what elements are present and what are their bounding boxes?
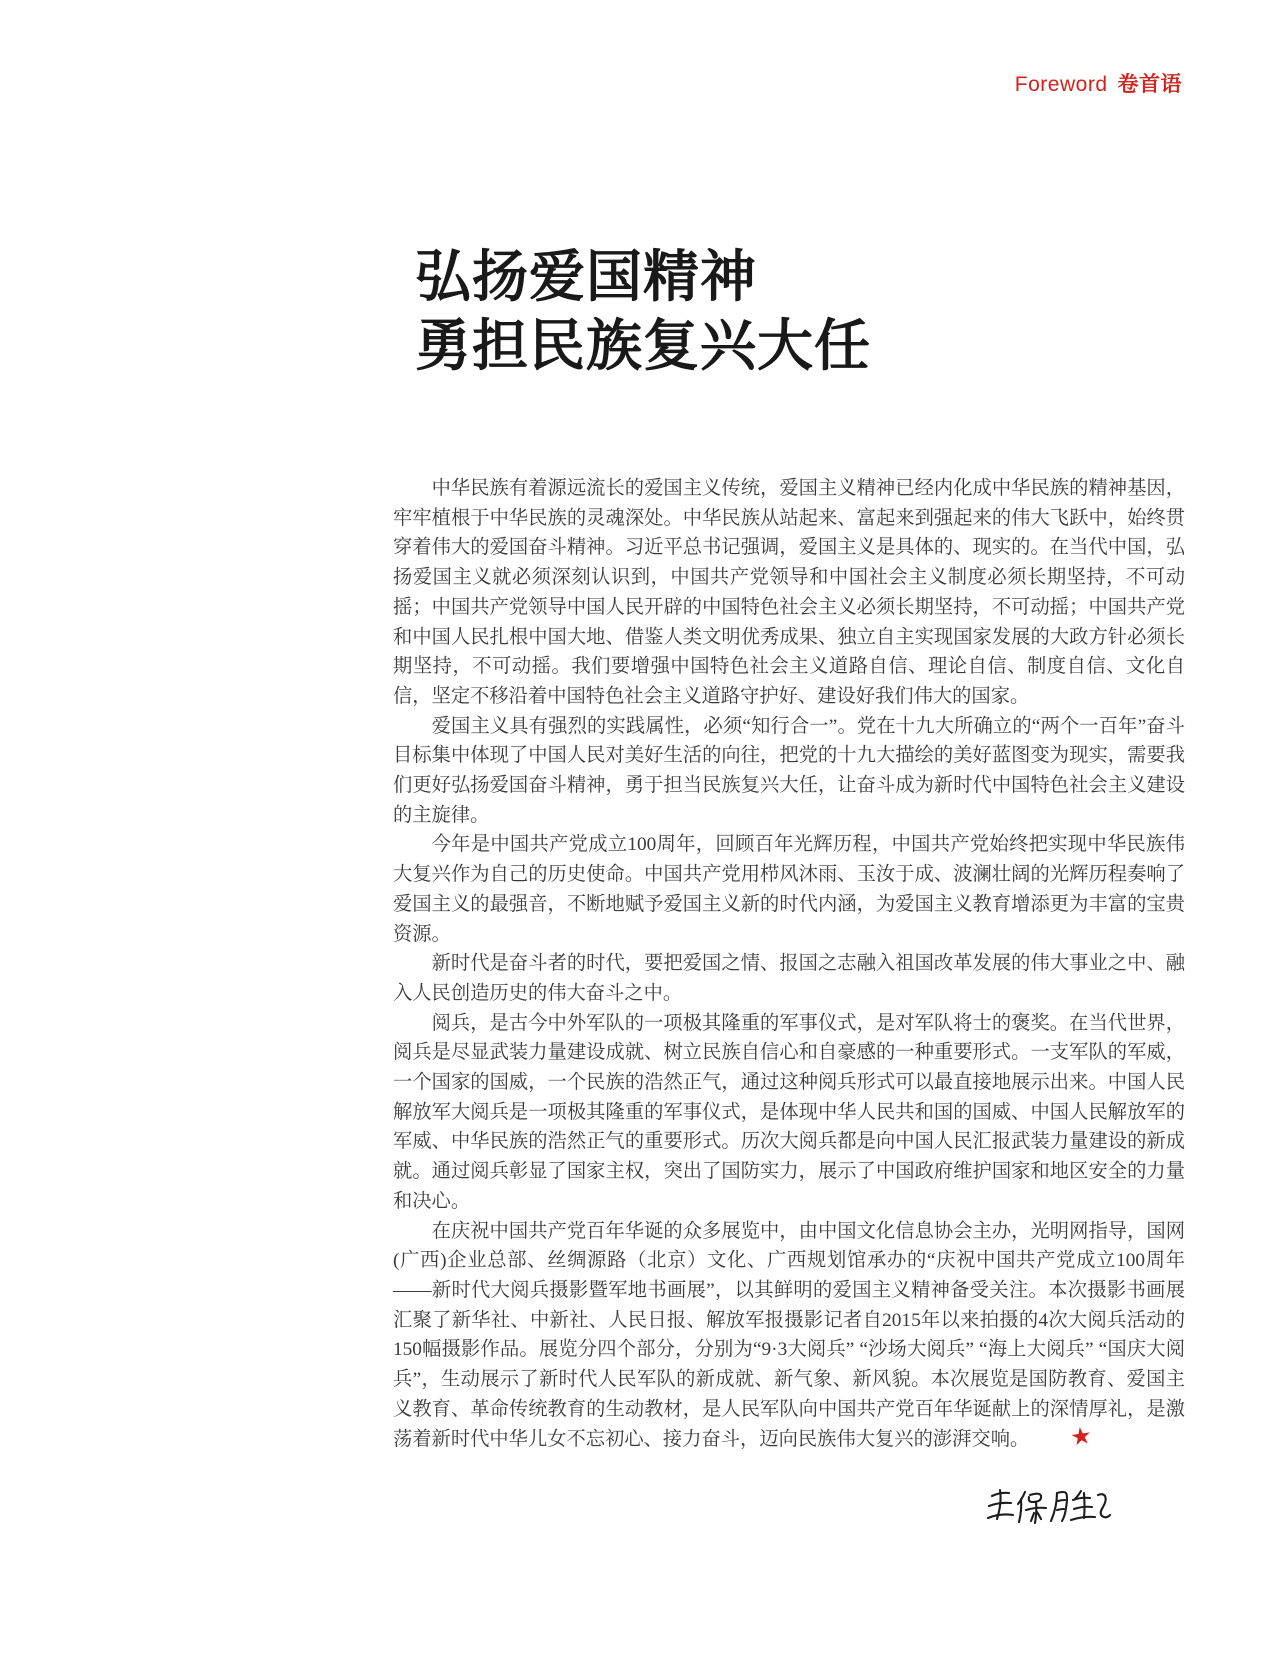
article-body: 中华民族有着源远流长的爱国主义传统，爱国主义精神已经内化成中华民族的精神基因，牢… (393, 474, 1185, 1454)
paragraph-6: 在庆祝中国共产党百年华诞的众多展览中，由中国文化信息协会主办，光明网指导，国网(… (393, 1217, 1185, 1455)
paragraph-2: 爱国主义具有强烈的实践属性，必须“知行合一”。党在十九大所确立的“两个一百年”奋… (393, 712, 1185, 831)
header-chinese-label: 卷首语 (1118, 73, 1183, 96)
page-header: Foreword卷首语 (1015, 72, 1182, 98)
red-star-icon: ★ (1033, 1435, 1093, 1443)
article-title-line-1: 弘扬爱国精神 (415, 244, 871, 313)
article-title: 弘扬爱国精神 勇担民族复兴大任 (415, 244, 871, 382)
paragraph-6-text: 在庆祝中国共产党百年华诞的众多展览中，由中国文化信息协会主办，光明网指导，国网(… (393, 1221, 1185, 1450)
paragraph-4: 新时代是奋斗者的时代，要把爱国之情、报国之志融入祖国改革发展的伟大事业之中、融入… (393, 949, 1185, 1008)
signature-handwriting (985, 1482, 1117, 1532)
paragraph-3: 今年是中国共产党成立100周年，回顾百年光辉历程，中国共产党始终把实现中华民族伟… (393, 830, 1185, 949)
paragraph-1: 中华民族有着源远流长的爱国主义传统，爱国主义精神已经内化成中华民族的精神基因，牢… (393, 474, 1185, 712)
header-english-label: Foreword (1015, 73, 1108, 96)
paragraph-5: 阅兵，是古今中外军队的一项极其隆重的军事仪式，是对军队将士的褒奖。在当代世界，阅… (393, 1009, 1185, 1217)
foreword-page: Foreword卷首语 弘扬爱国精神 勇担民族复兴大任 中华民族有着源远流长的爱… (0, 0, 1270, 1654)
article-title-line-2: 勇担民族复兴大任 (415, 313, 871, 382)
signature-strokes (985, 1482, 1117, 1532)
